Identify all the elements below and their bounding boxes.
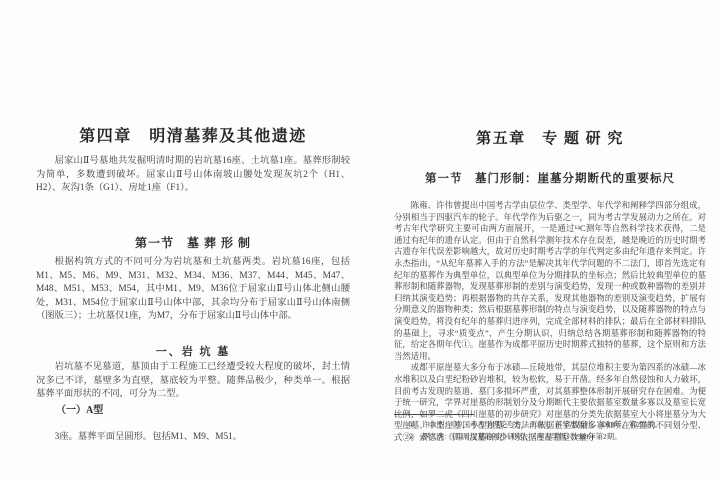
footnote-text: 罗二虎：《四川崖墓的初步研究》，《考古学报》1988年第2期。 (422, 431, 706, 443)
right-paragraph-1: 陈雍、许伟曾提出中国考古学由层位学、类型学、年代学和阐释学四部分组成，分别相当于… (394, 200, 706, 362)
footnote-item: ② 罗二虎：《四川崖墓的初步研究》，《考古学报》1988年第2期。 (394, 431, 706, 443)
left-subsection-paragraph: 岩坑墓不见墓道，墓顶由于工程施工已经遭受较大程度的破坏，封土情况多已不详，墓壁多… (36, 361, 350, 402)
right-body: 陈雍、许伟曾提出中国考古学由层位学、类型学、年代学和阐释学四部分组成，分别相当于… (394, 200, 706, 443)
left-chapter-title: 第四章 明清墓葬及其他遗迹 (36, 123, 350, 146)
footnote-text: 许永杰：《中国考古学理论与方法十讲》，科学出版社，2018年，第255页。 (422, 419, 706, 431)
left-subsection-heading: 一、岩 坑 墓 (36, 343, 350, 359)
left-section-paragraph: 根据构筑方式的不同可分为岩坑墓和土坑墓两类。岩坑墓16座，包括M1、M5、M6、… (36, 256, 350, 324)
footnote-separator (394, 414, 474, 415)
footnote-marker: ① (408, 419, 422, 431)
right-chapter-title: 第五章 专 题 研 究 (394, 127, 706, 148)
left-intro-paragraph: 屈家山Ⅱ号墓地共发掘明清时期的岩坑墓16座、土坑墓1座。墓葬形制较为简单，多数遭… (36, 155, 350, 196)
book-spread: { "colors": { "page_background": "#fdfdf… (0, 0, 720, 480)
left-type-heading: （一）A型 (36, 401, 350, 416)
left-type-paragraph: 3座。墓葬平面呈圆形。包括M1、M9、M51。 (36, 431, 350, 445)
footnotes: ① 许永杰：《中国考古学理论与方法十讲》，科学出版社，2018年，第255页。 … (394, 419, 706, 442)
left-page: 第四章 明清墓葬及其他遗迹 屈家山Ⅱ号墓地共发掘明清时期的岩坑墓16座、土坑墓1… (36, 0, 350, 480)
footnote-item: ① 许永杰：《中国考古学理论与方法十讲》，科学出版社，2018年，第255页。 (394, 419, 706, 431)
right-section-heading: 第一节 墓门形制：崖墓分期断代的重要标尺 (394, 170, 706, 186)
right-page: 第五章 专 题 研 究 第一节 墓门形制：崖墓分期断代的重要标尺 陈雍、许伟曾提… (394, 0, 706, 480)
left-section-heading: 第一节 墓 葬 形 制 (36, 234, 350, 251)
footnote-marker: ② (408, 431, 422, 443)
